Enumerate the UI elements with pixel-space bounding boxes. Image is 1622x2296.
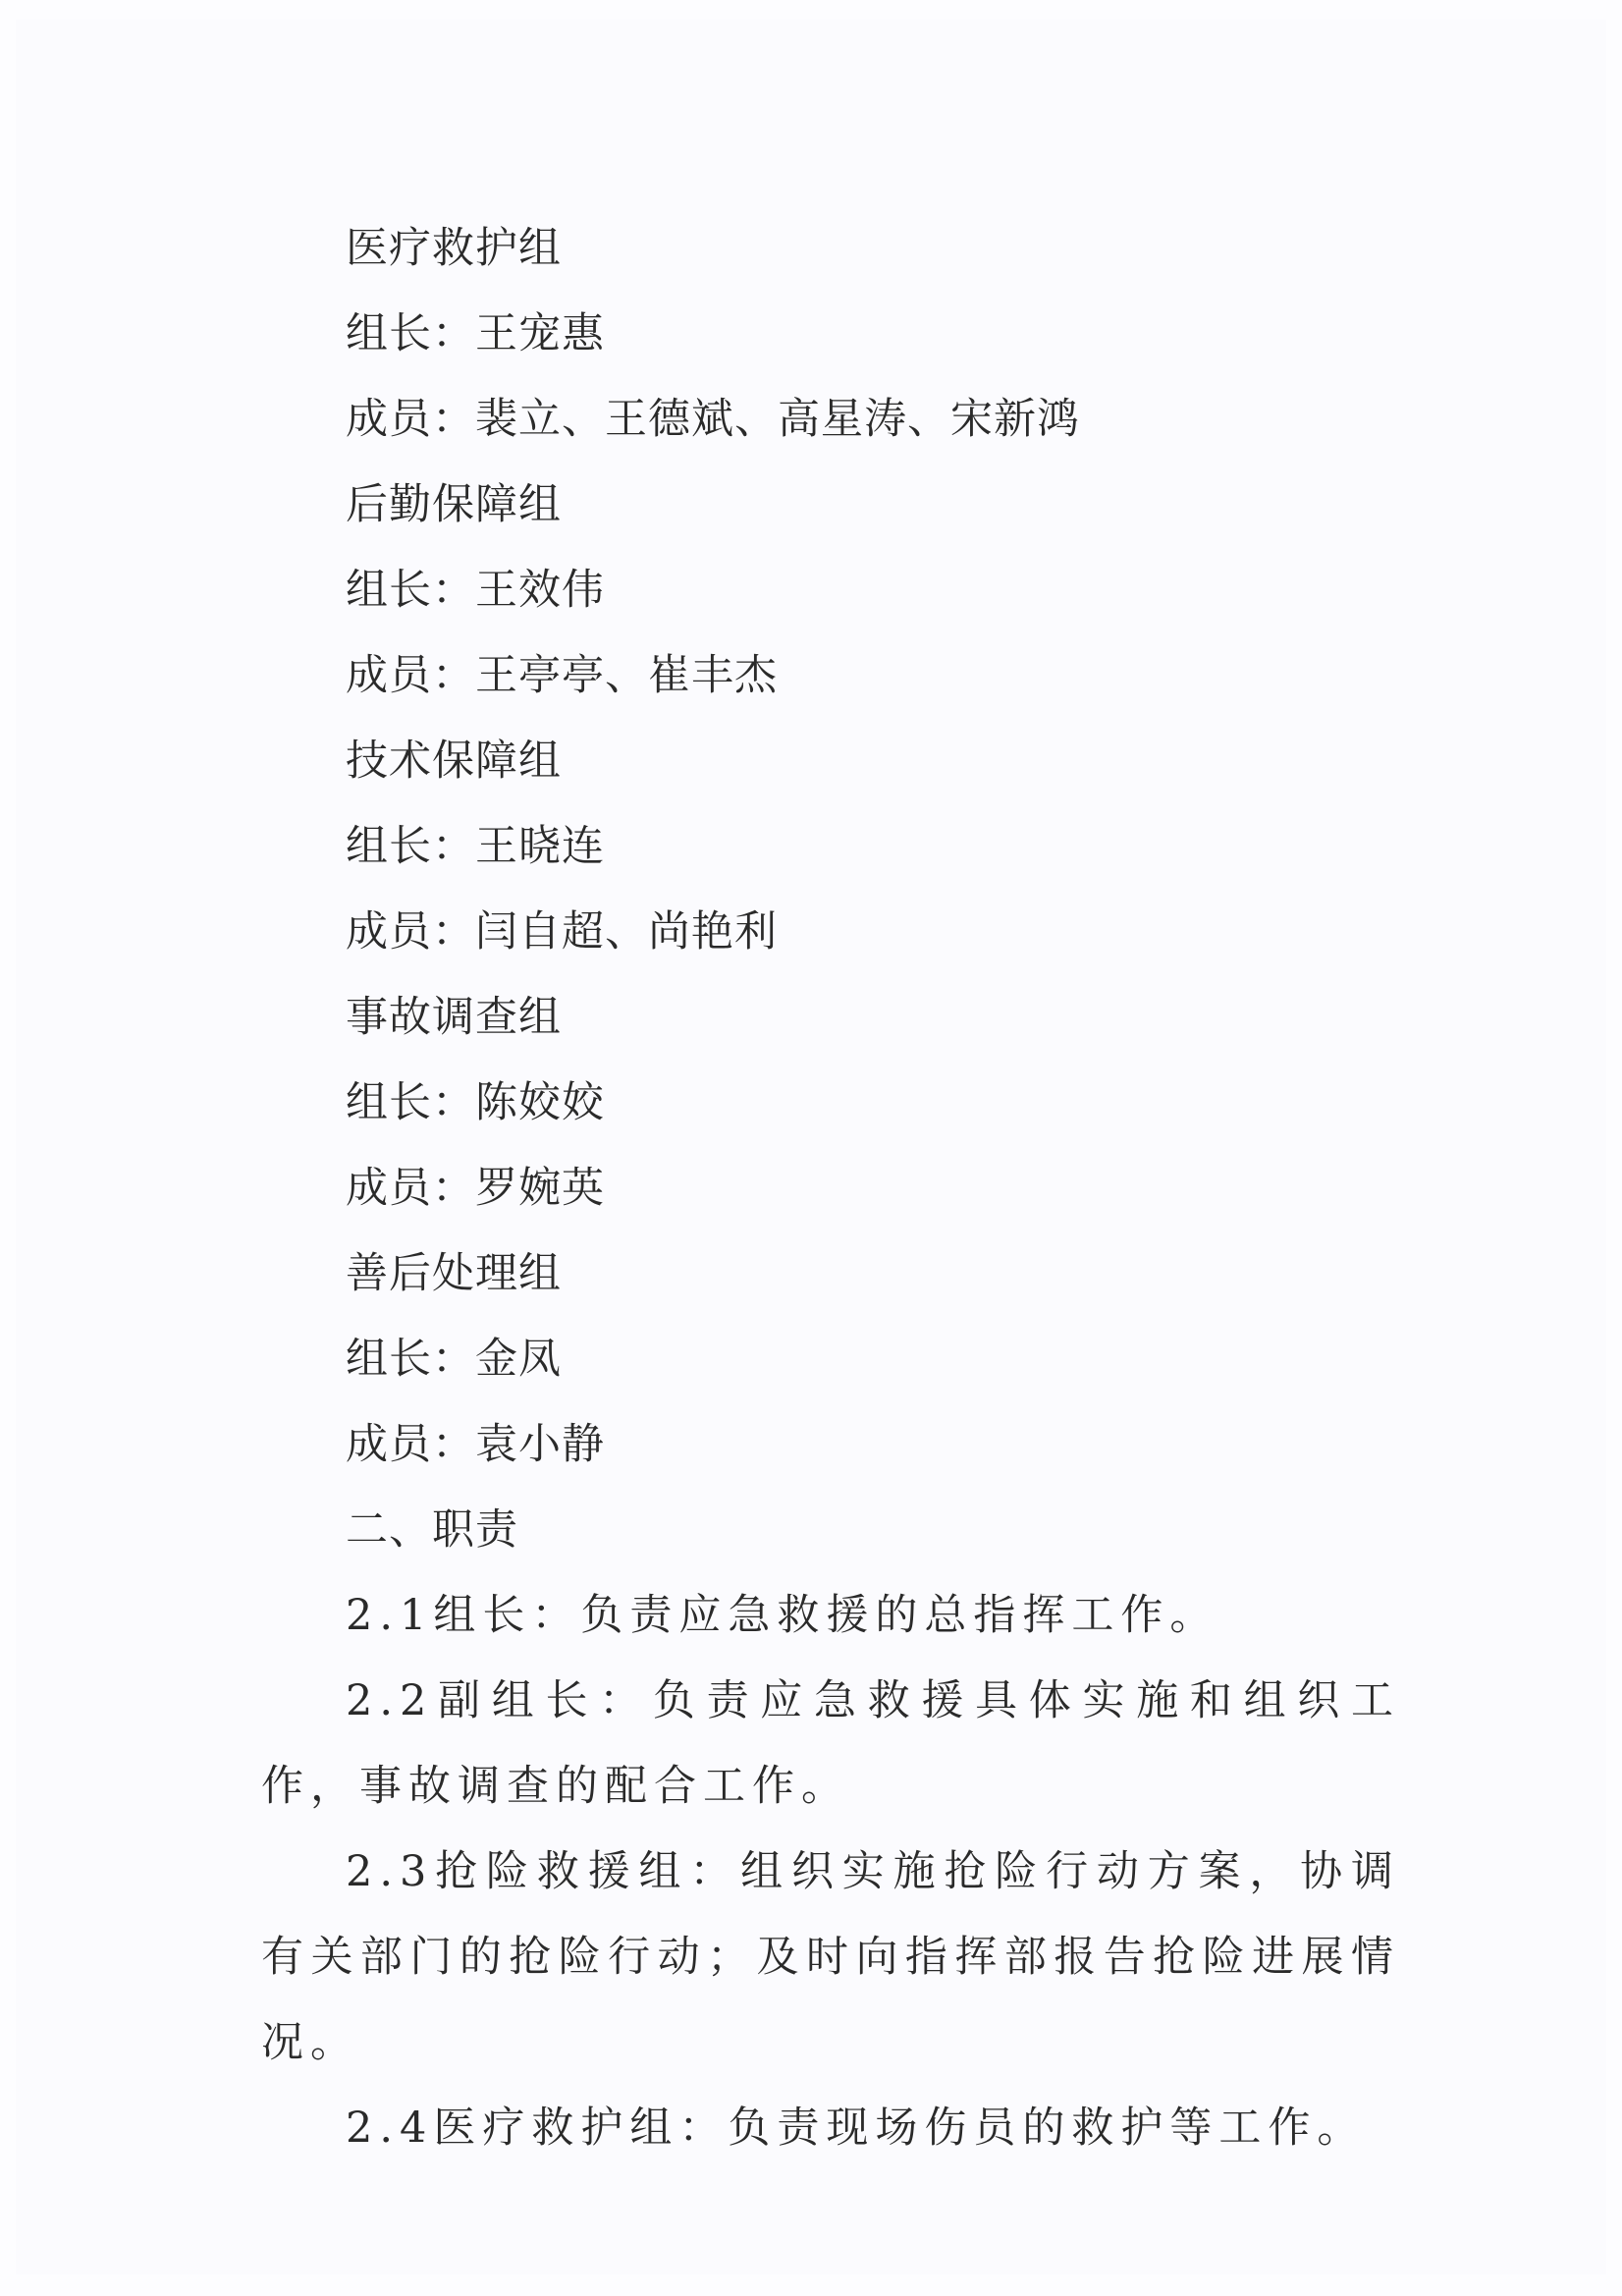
team-leader: 组长：王宠惠: [261, 292, 1400, 377]
team-members: 成员：闫自超、尚艳利: [261, 890, 1400, 975]
document-body: 医疗救护组 组长：王宠惠 成员：裴立、王德斌、高星涛、宋新鸿 后勤保障组 组长：…: [261, 206, 1400, 2171]
duty-item: 2.3抢险救援组：组织实施抢险行动方案，协调有关部门的抢险行动；及时向指挥部报告…: [261, 1830, 1400, 2086]
duties-list: 2.1组长：负责应急救援的总指挥工作。 2.2副组长：负责应急救援具体实施和组织…: [261, 1573, 1400, 2171]
team-members: 成员：罗婉英: [261, 1146, 1400, 1231]
team-logistics-support: 后勤保障组 组长：王效伟 成员：王亭亭、崔丰杰: [261, 463, 1400, 719]
team-aftermath-handling: 善后处理组 组长：金凤 成员：袁小静: [261, 1231, 1400, 1488]
team-leader: 组长：金凤: [261, 1317, 1400, 1402]
team-members: 成员：裴立、王德斌、高星涛、宋新鸿: [261, 377, 1400, 463]
team-name: 后勤保障组: [261, 463, 1400, 548]
team-members: 成员：王亭亭、崔丰杰: [261, 633, 1400, 719]
team-name: 技术保障组: [261, 719, 1400, 804]
team-name: 医疗救护组: [261, 206, 1400, 292]
team-name: 善后处理组: [261, 1231, 1400, 1317]
team-leader: 组长：陈姣姣: [261, 1061, 1400, 1146]
team-medical-rescue: 医疗救护组 组长：王宠惠 成员：裴立、王德斌、高星涛、宋新鸿: [261, 206, 1400, 463]
team-leader: 组长：王效伟: [261, 548, 1400, 633]
duty-item: 2.1组长：负责应急救援的总指挥工作。: [261, 1573, 1400, 1659]
duty-item: 2.2副组长：负责应急救援具体实施和组织工作，事故调查的配合工作。: [261, 1659, 1400, 1830]
section-heading-duties: 二、职责: [261, 1488, 1400, 1573]
team-name: 事故调查组: [261, 975, 1400, 1061]
team-leader: 组长：王晓连: [261, 804, 1400, 890]
team-accident-investigation: 事故调查组 组长：陈姣姣 成员：罗婉英: [261, 975, 1400, 1231]
duty-item: 2.4医疗救护组：负责现场伤员的救护等工作。: [261, 2086, 1400, 2171]
team-technical-support: 技术保障组 组长：王晓连 成员：闫自超、尚艳利: [261, 719, 1400, 975]
document-page: 医疗救护组 组长：王宠惠 成员：裴立、王德斌、高星涛、宋新鸿 后勤保障组 组长：…: [16, 20, 1606, 2274]
team-members: 成员：袁小静: [261, 1402, 1400, 1488]
